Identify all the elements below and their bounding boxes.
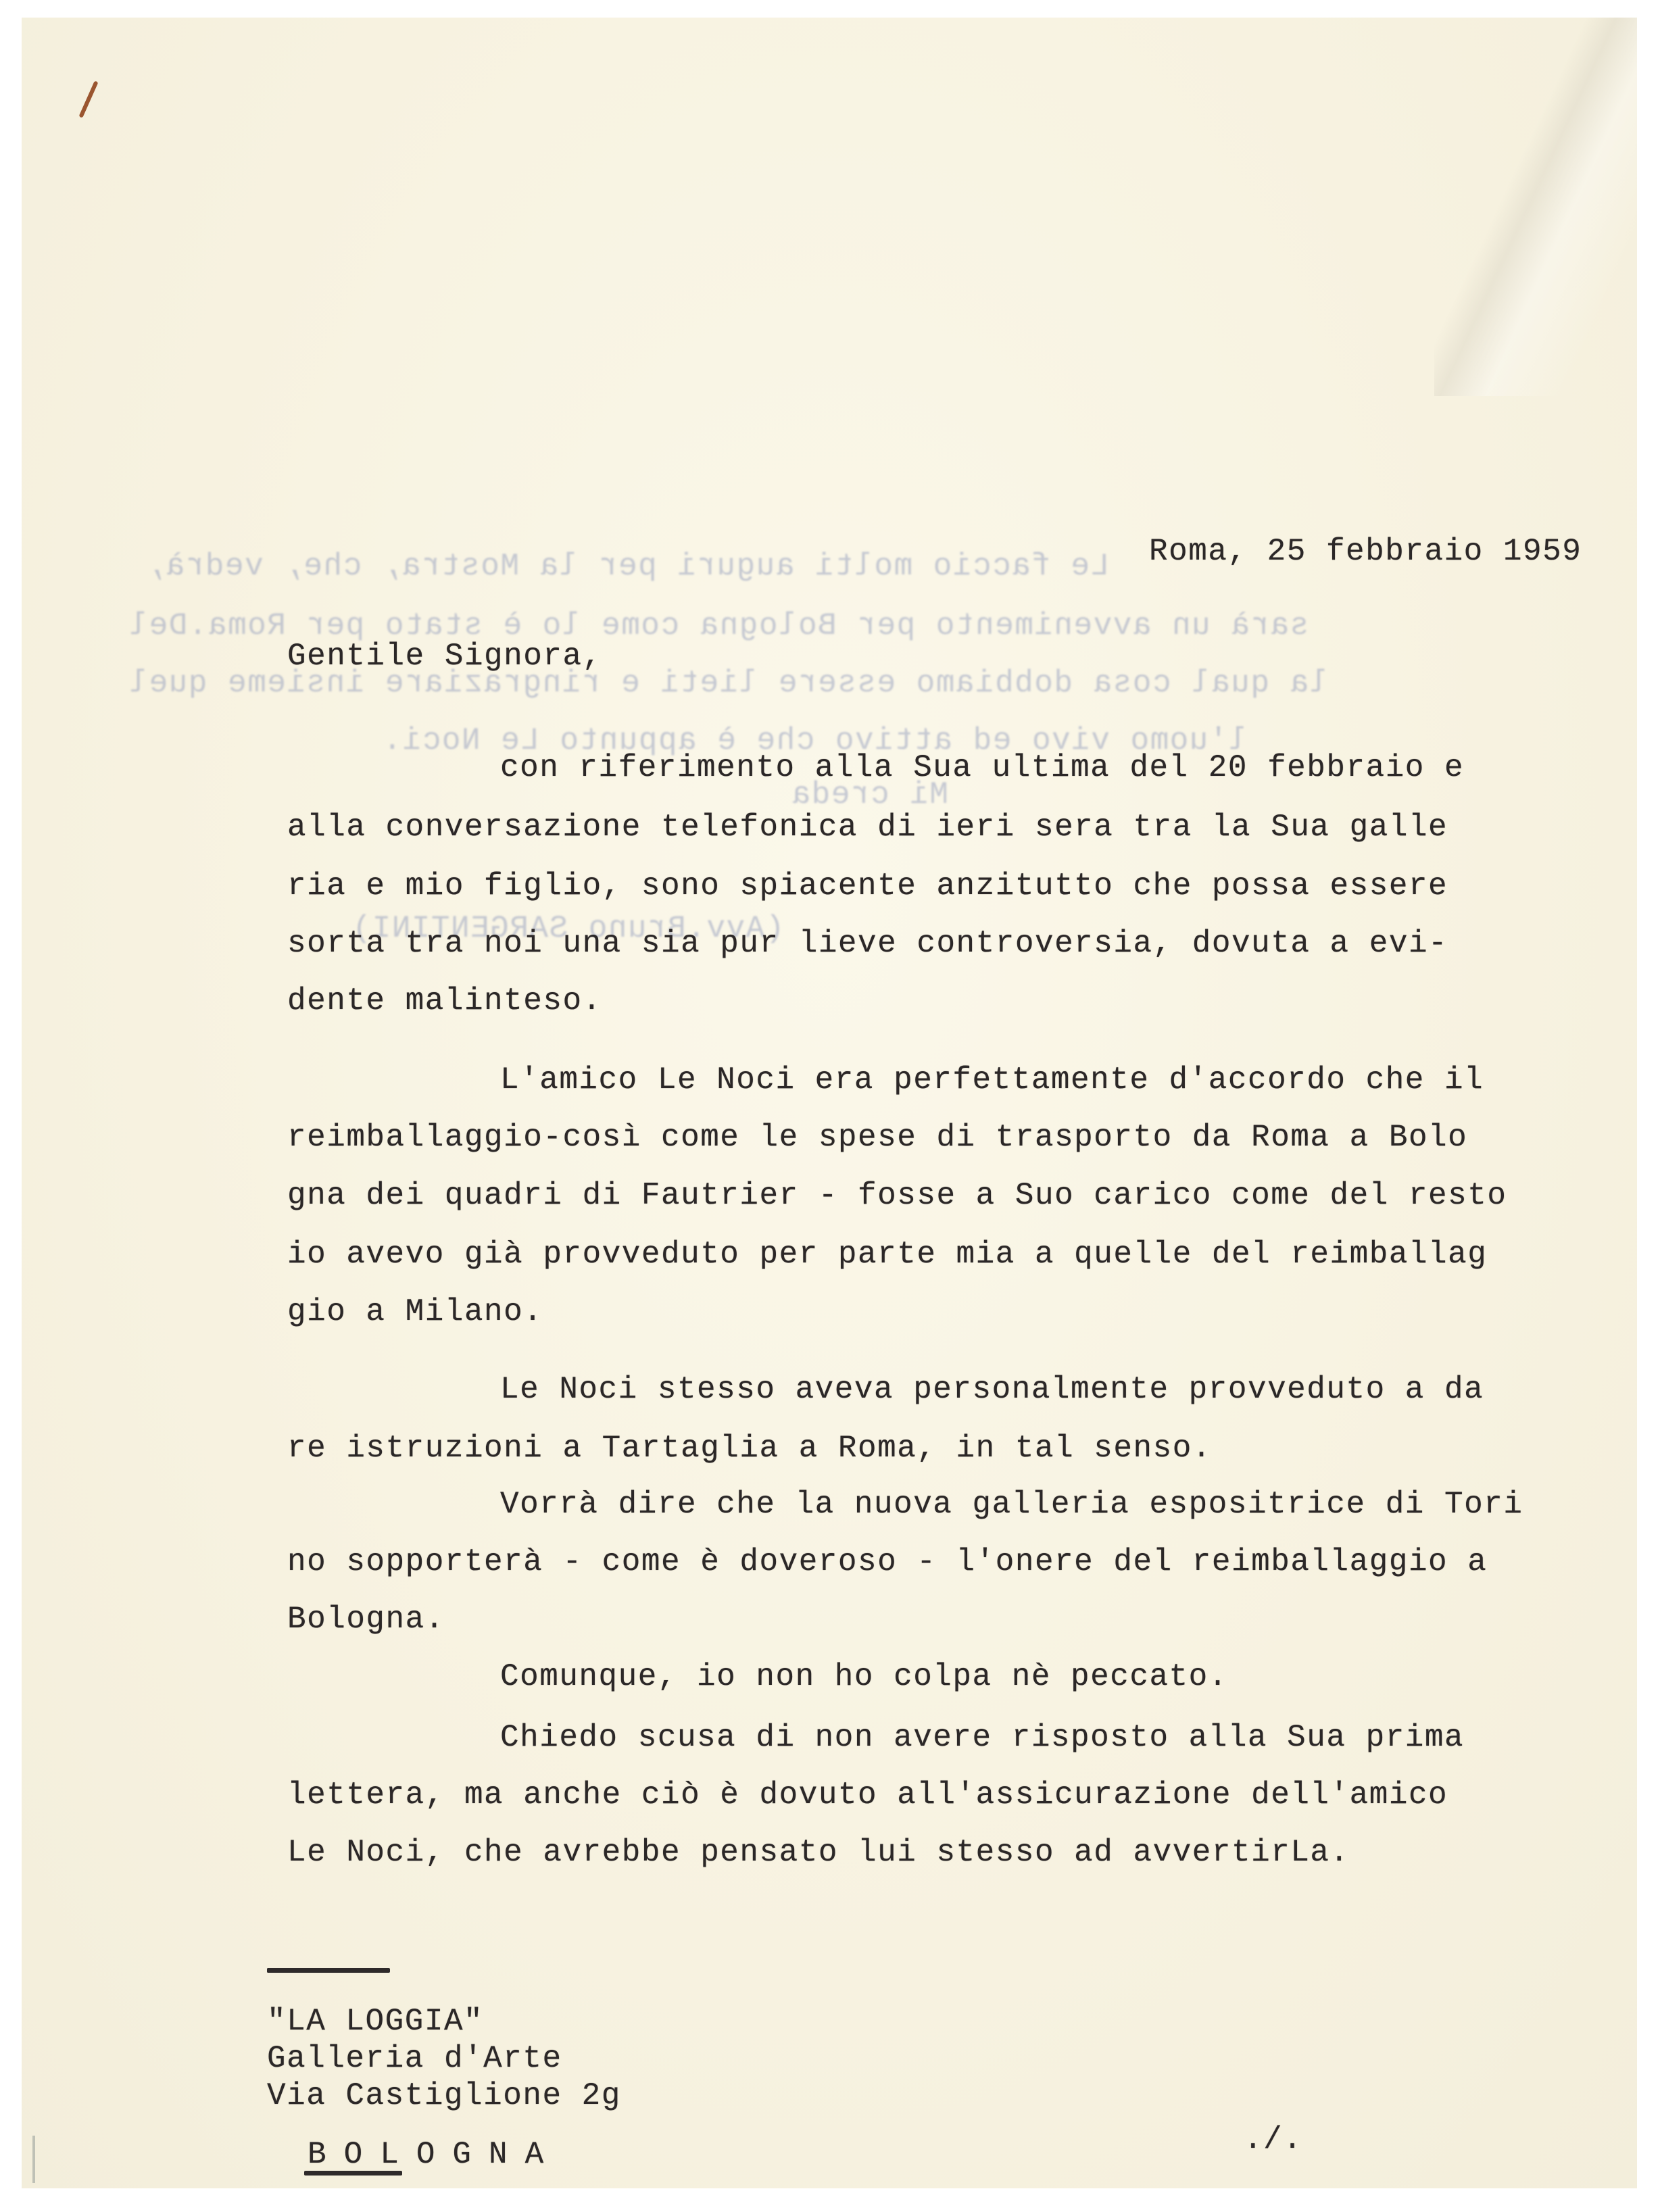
margin-mark bbox=[32, 2136, 35, 2183]
text-line: no sopporterà - come è doveroso - l'oner… bbox=[287, 1544, 1487, 1579]
bleed-through-line: Le faccio molti auguri per la Mostra, ch… bbox=[145, 549, 1109, 584]
text-line: gio a Milano. bbox=[287, 1294, 543, 1329]
text-line: Le Noci, che avrebbe pensato lui stesso … bbox=[287, 1835, 1350, 1870]
text-line: re istruzioni a Tartaglia a Roma, in tal… bbox=[287, 1431, 1212, 1466]
recipient-line2: Galleria d'Arte bbox=[267, 2041, 562, 2076]
separator-rule-main bbox=[267, 1968, 389, 1973]
text-line: dente malinteso. bbox=[287, 983, 602, 1018]
text-line: gna dei quadri di Fautrier - fosse a Suo… bbox=[287, 1178, 1507, 1213]
text-line: Comunque, io non ho colpa nè peccato. bbox=[500, 1659, 1228, 1694]
text-line: reimballaggio-così come le spese di tras… bbox=[287, 1120, 1467, 1155]
text-line: Vorrà dire che la nuova galleria esposit… bbox=[500, 1487, 1523, 1522]
text-line: io avevo già provveduto per parte mia a … bbox=[287, 1237, 1487, 1272]
text-line: Chiedo scusa di non avere risposto alla … bbox=[500, 1720, 1464, 1755]
text-line: Bologna. bbox=[287, 1602, 445, 1637]
recipient-name: "LA LOGGIA" bbox=[267, 2004, 483, 2039]
salutation: Gentile Signora, bbox=[287, 639, 602, 674]
text-line: ria e mio figlio, sono spiacente anzitut… bbox=[287, 868, 1448, 904]
continuation-mark: ./. bbox=[1244, 2122, 1302, 2157]
recipient-line3: Via Castiglione 2g bbox=[267, 2078, 621, 2113]
city-underline bbox=[304, 2171, 402, 2176]
text-line: Le Noci stesso aveva personalmente provv… bbox=[500, 1372, 1484, 1407]
text-line: L'amico Le Noci era perfettamente d'acco… bbox=[500, 1062, 1484, 1098]
text-line: lettera, ma anche ciò è dovuto all'assic… bbox=[287, 1777, 1448, 1813]
page-fold-shadow bbox=[1434, 18, 1637, 396]
text-line: sorta tra noi una sia pur lieve controve… bbox=[287, 926, 1448, 961]
recipient-city: BOLOGNA bbox=[308, 2137, 561, 2172]
text-line: alla conversazione telefonica di ieri se… bbox=[287, 810, 1448, 845]
place-date: Roma, 25 febbraio 1959 bbox=[1149, 534, 1582, 569]
text-line: con riferimento alla Sua ultima del 20 f… bbox=[500, 750, 1464, 785]
